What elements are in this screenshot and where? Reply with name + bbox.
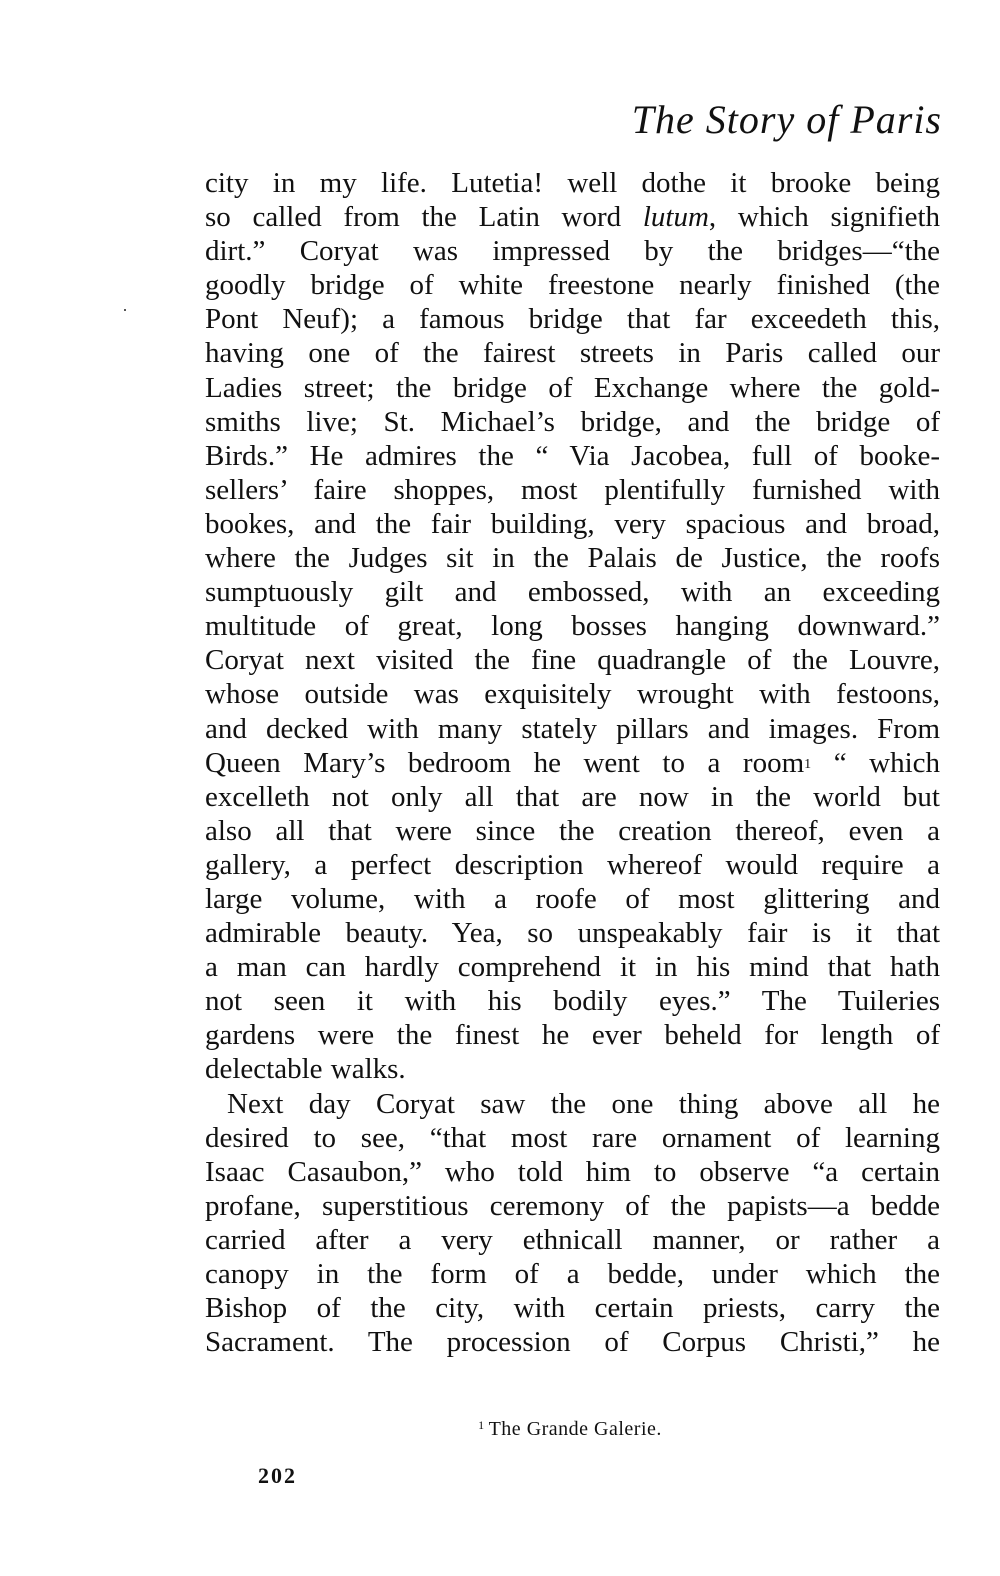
text-line: sumptuously gilt and embossed, with an e… bbox=[205, 575, 940, 609]
text-line: Coryat next visited the fine quadrangle … bbox=[205, 643, 940, 677]
text-line: so called from the Latin word lutum, whi… bbox=[205, 200, 940, 234]
paragraph-start-line: Next day Coryat saw the one thing above … bbox=[205, 1087, 940, 1121]
text-line: not seen it with his bodily eyes.” The T… bbox=[205, 984, 940, 1018]
text-line: Bishop of the city, with certain priests… bbox=[205, 1291, 940, 1325]
text-line: gallery, a perfect description whereof w… bbox=[205, 848, 940, 882]
text-line: a man can hardly comprehend it in his mi… bbox=[205, 950, 940, 984]
latin-word: lutum bbox=[643, 201, 709, 233]
text-line: also all that were since the creation th… bbox=[205, 814, 940, 848]
text-line: Isaac Casaubon,” who told him to observe… bbox=[205, 1155, 940, 1189]
text-line: large volume, with a roofe of most glitt… bbox=[205, 882, 940, 916]
page-number: 202 bbox=[258, 1463, 297, 1489]
body-text: city in my life. Lutetia! well dothe it … bbox=[205, 166, 940, 1359]
text-line: Sacrament. The procession of Corpus Chri… bbox=[205, 1325, 940, 1359]
text-line: whose outside was exquisitely wrought wi… bbox=[205, 677, 940, 711]
text-line: smiths live; St. Michael’s bridge, and t… bbox=[205, 405, 940, 439]
footnote-text: The Grande Galerie. bbox=[489, 1418, 662, 1440]
text-line: having one of the fairest streets in Par… bbox=[205, 336, 940, 370]
text-line: Birds.” He admires the “ Via Jacobea, fu… bbox=[205, 439, 940, 473]
text-line: and decked with many stately pillars and… bbox=[205, 712, 940, 746]
text-line: delectable walks. bbox=[205, 1052, 940, 1086]
text-line: desired to see, “that most rare ornament… bbox=[205, 1121, 940, 1155]
text-line: city in my life. Lutetia! well dothe it … bbox=[205, 166, 940, 200]
text-line: profane, superstitious ceremony of the p… bbox=[205, 1189, 940, 1223]
text-line: dirt.” Coryat was impressed by the bridg… bbox=[205, 234, 940, 268]
text-line: sellers’ faire shoppes, most plentifully… bbox=[205, 473, 940, 507]
text-line: multitude of great, long bosses hanging … bbox=[205, 609, 940, 643]
text-line: bookes, and the fair building, very spac… bbox=[205, 507, 940, 541]
text-line: where the Judges sit in the Palais de Ju… bbox=[205, 541, 940, 575]
text-line: Pont Neuf); a famous bridge that far exc… bbox=[205, 302, 940, 336]
text-line: canopy in the form of a bedde, under whi… bbox=[205, 1257, 940, 1291]
footnote: 1The Grande Galerie. bbox=[0, 1418, 1000, 1441]
text-line: admirable beauty. Yea, so unspeakably fa… bbox=[205, 916, 940, 950]
text-line: Ladies street; the bridge of Exchange wh… bbox=[205, 371, 940, 405]
text-line: goodly bridge of white freestone nearly … bbox=[205, 268, 940, 302]
footnote-reference[interactable]: 1 bbox=[804, 757, 811, 772]
text-line: gardens were the finest he ever beheld f… bbox=[205, 1018, 940, 1052]
text-line: Queen Mary’s bedroom he went to a room1 … bbox=[205, 746, 940, 780]
scan-speck bbox=[124, 309, 126, 311]
footnote-mark: 1 bbox=[478, 1418, 485, 1432]
text-line: excelleth not only all that are now in t… bbox=[205, 780, 940, 814]
running-head: The Story of Paris bbox=[632, 96, 942, 143]
text-line: carried after a very ethnicall manner, o… bbox=[205, 1223, 940, 1257]
